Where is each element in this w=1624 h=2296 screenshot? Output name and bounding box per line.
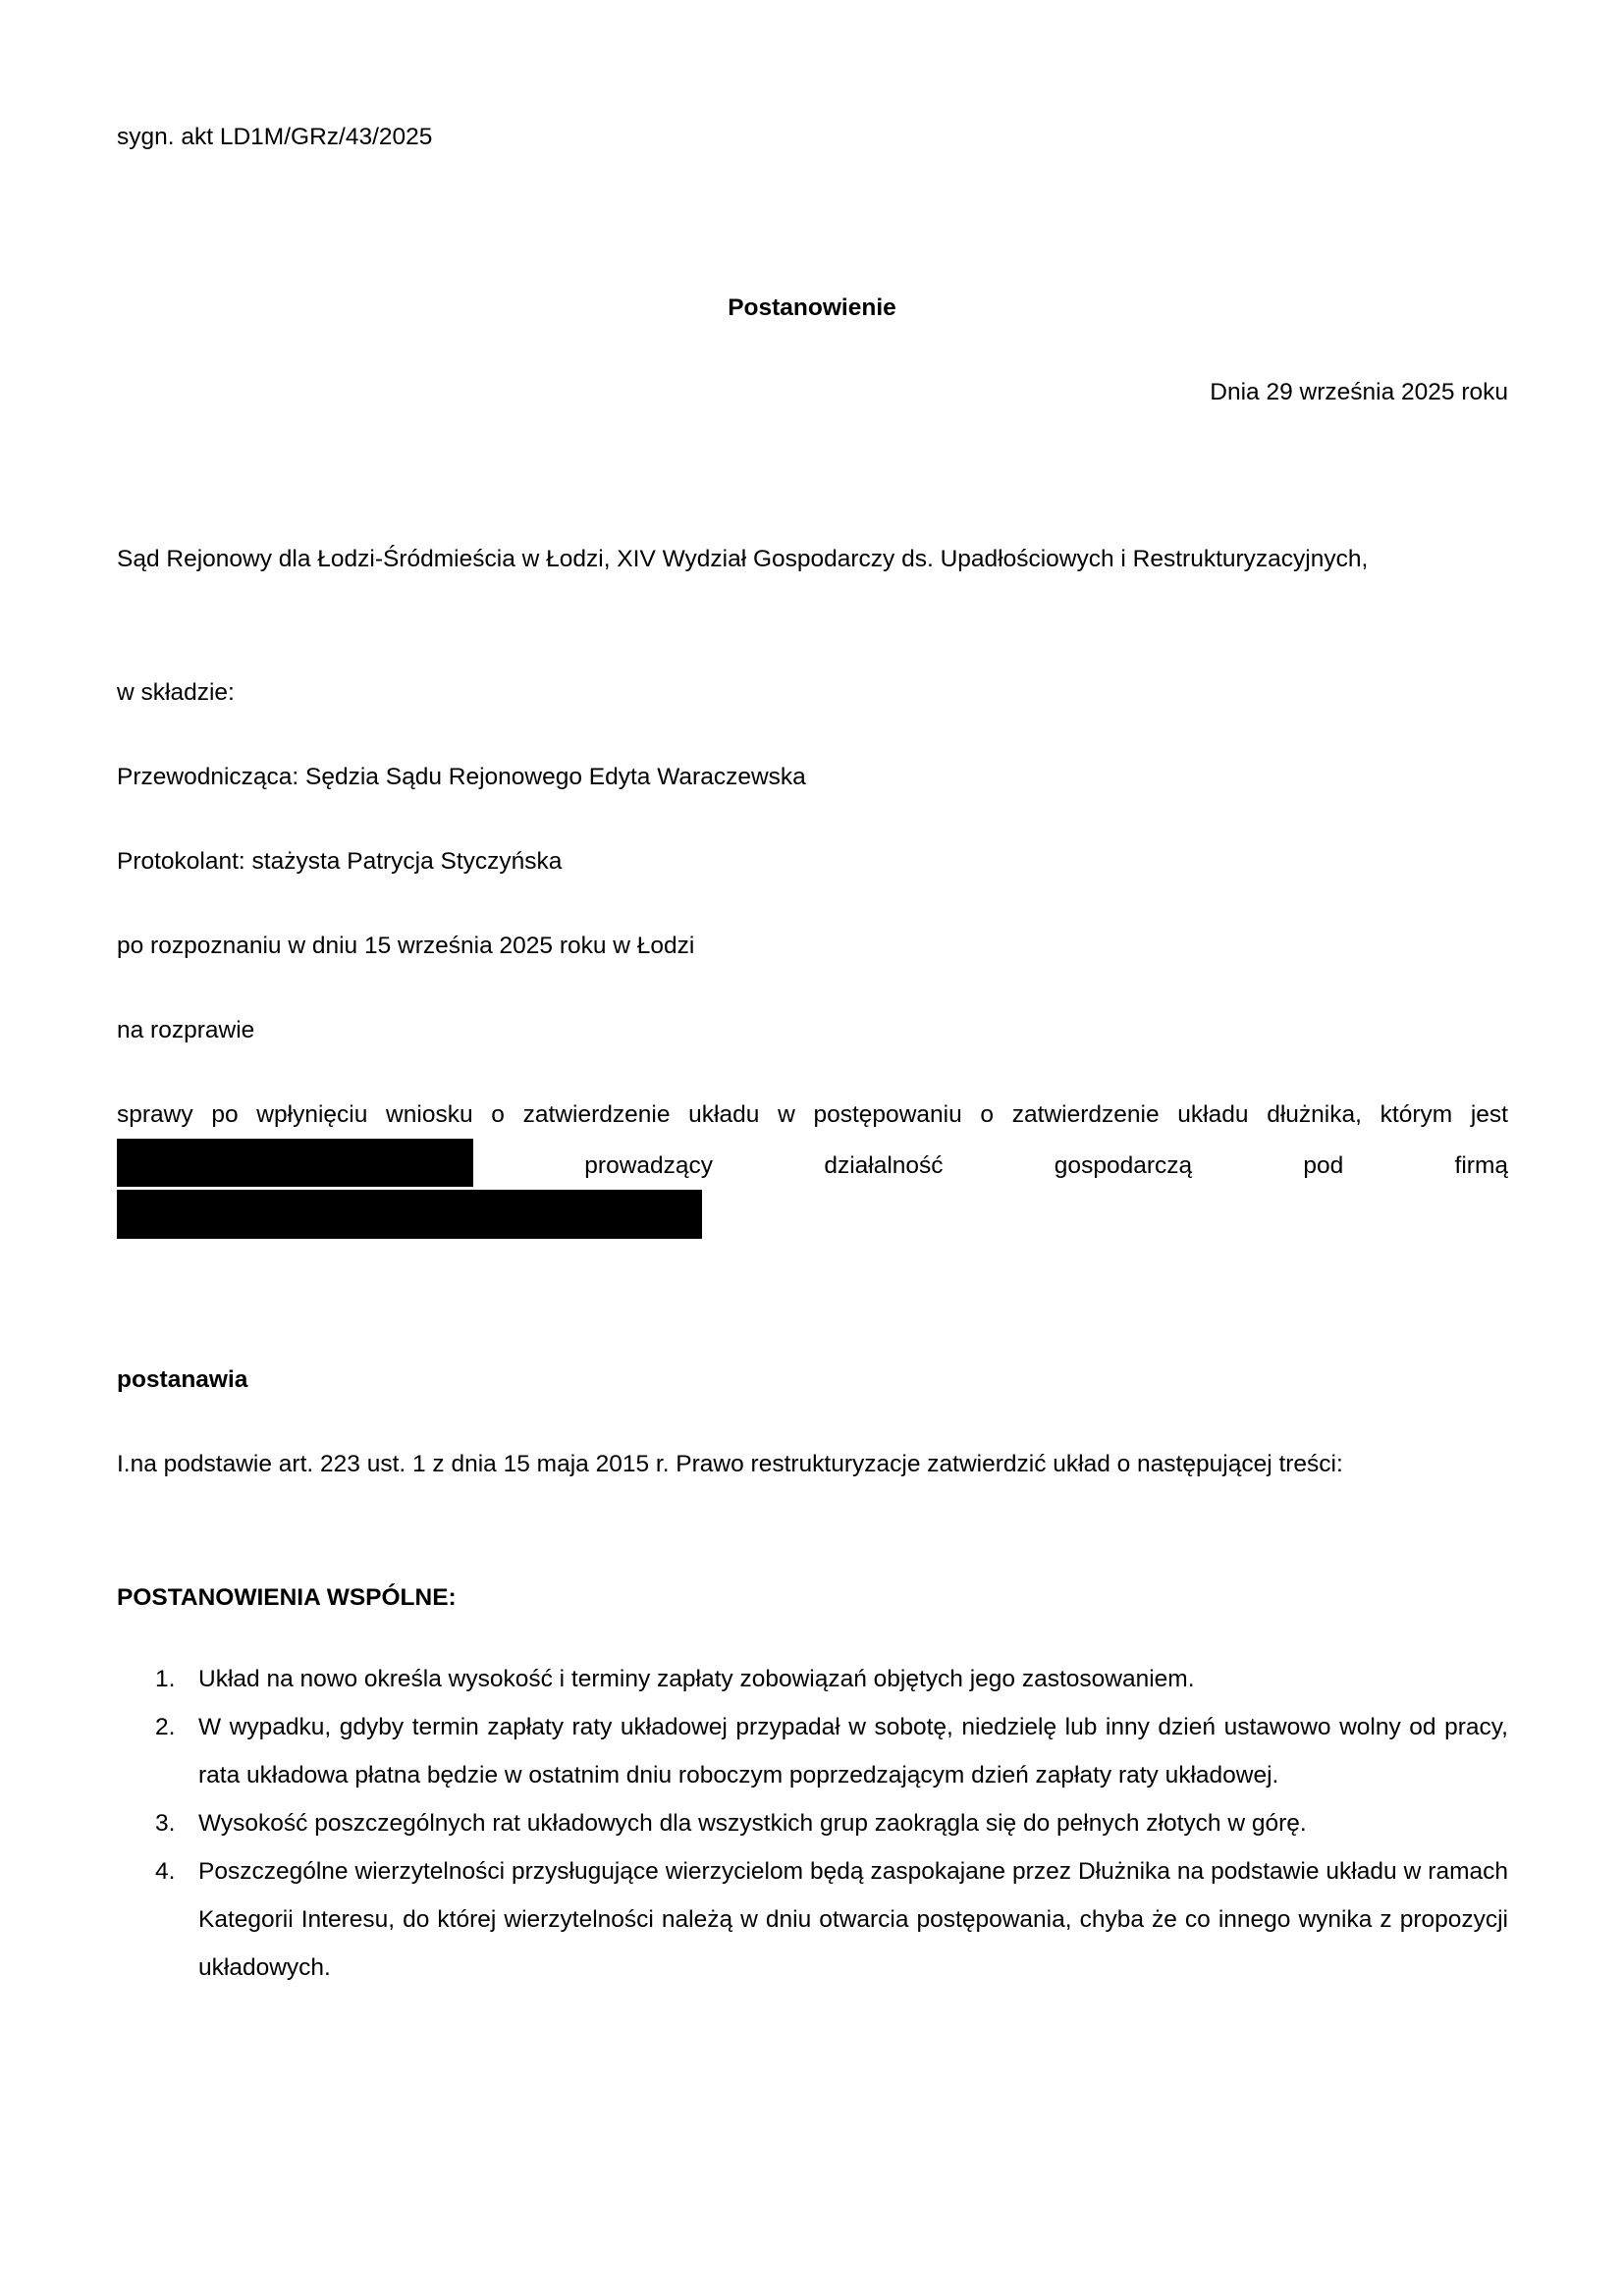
list-item: 4.Poszczególne wierzytelności przysługuj… bbox=[117, 1847, 1508, 1992]
composition-label: w składzie: bbox=[117, 668, 1508, 717]
common-provisions-list: 1.Układ na nowo określa wysokość i termi… bbox=[117, 1655, 1508, 1992]
decision-date: Dnia 29 września 2025 roku bbox=[117, 368, 1508, 416]
case-text-part1: sprawy po wpłynięciu wniosku o zatwierdz… bbox=[117, 1101, 1508, 1128]
list-item-text: Poszczególne wierzytelności przysługując… bbox=[198, 1858, 1508, 1981]
document-title: Postanowienie bbox=[0, 284, 1624, 332]
court-name: Sąd Rejonowy dla Łodzi-Śródmieścia w Łod… bbox=[117, 535, 1508, 583]
case-number: sygn. akt LD1M/GRz/43/2025 bbox=[117, 113, 1508, 161]
list-item-number: 3. bbox=[155, 1799, 175, 1847]
case-description: sprawy po wpłynięciu wniosku o zatwierdz… bbox=[117, 1091, 1508, 1242]
redacted-debtor-name bbox=[117, 1139, 473, 1187]
list-item: 3.Wysokość poszczególnych rat układowych… bbox=[117, 1799, 1508, 1847]
list-item-number: 4. bbox=[155, 1847, 175, 1896]
hearing-info: po rozpoznaniu w dniu 15 września 2025 r… bbox=[117, 922, 1508, 970]
list-item-text: Wysokość poszczególnych rat układowych d… bbox=[198, 1810, 1307, 1837]
list-item-text: W wypadku, gdyby termin zapłaty raty ukł… bbox=[198, 1714, 1508, 1789]
list-item-number: 1. bbox=[155, 1655, 175, 1703]
decision-label: postanawia bbox=[117, 1356, 1508, 1404]
presiding-judge: Przewodnicząca: Sędzia Sądu Rejonowego E… bbox=[117, 753, 1508, 801]
list-item-text: Układ na nowo określa wysokość i terminy… bbox=[198, 1666, 1195, 1692]
redacted-company-name bbox=[117, 1190, 702, 1239]
section-heading: POSTANOWIENIA WSPÓLNE: bbox=[117, 1574, 1508, 1622]
court-clerk: Protokolant: stażysta Patrycja Styczyńsk… bbox=[117, 837, 1508, 885]
list-item: 1.Układ na nowo określa wysokość i termi… bbox=[117, 1655, 1508, 1703]
list-item-number: 2. bbox=[155, 1703, 175, 1751]
decision-point-1: I.na podstawie art. 223 ust. 1 z dnia 15… bbox=[117, 1440, 1508, 1488]
list-item: 2.W wypadku, gdyby termin zapłaty raty u… bbox=[117, 1703, 1508, 1799]
hearing-type: na rozprawie bbox=[117, 1006, 1508, 1054]
case-text-part2: prowadzący działalność gospodarczą pod f… bbox=[584, 1152, 1508, 1179]
